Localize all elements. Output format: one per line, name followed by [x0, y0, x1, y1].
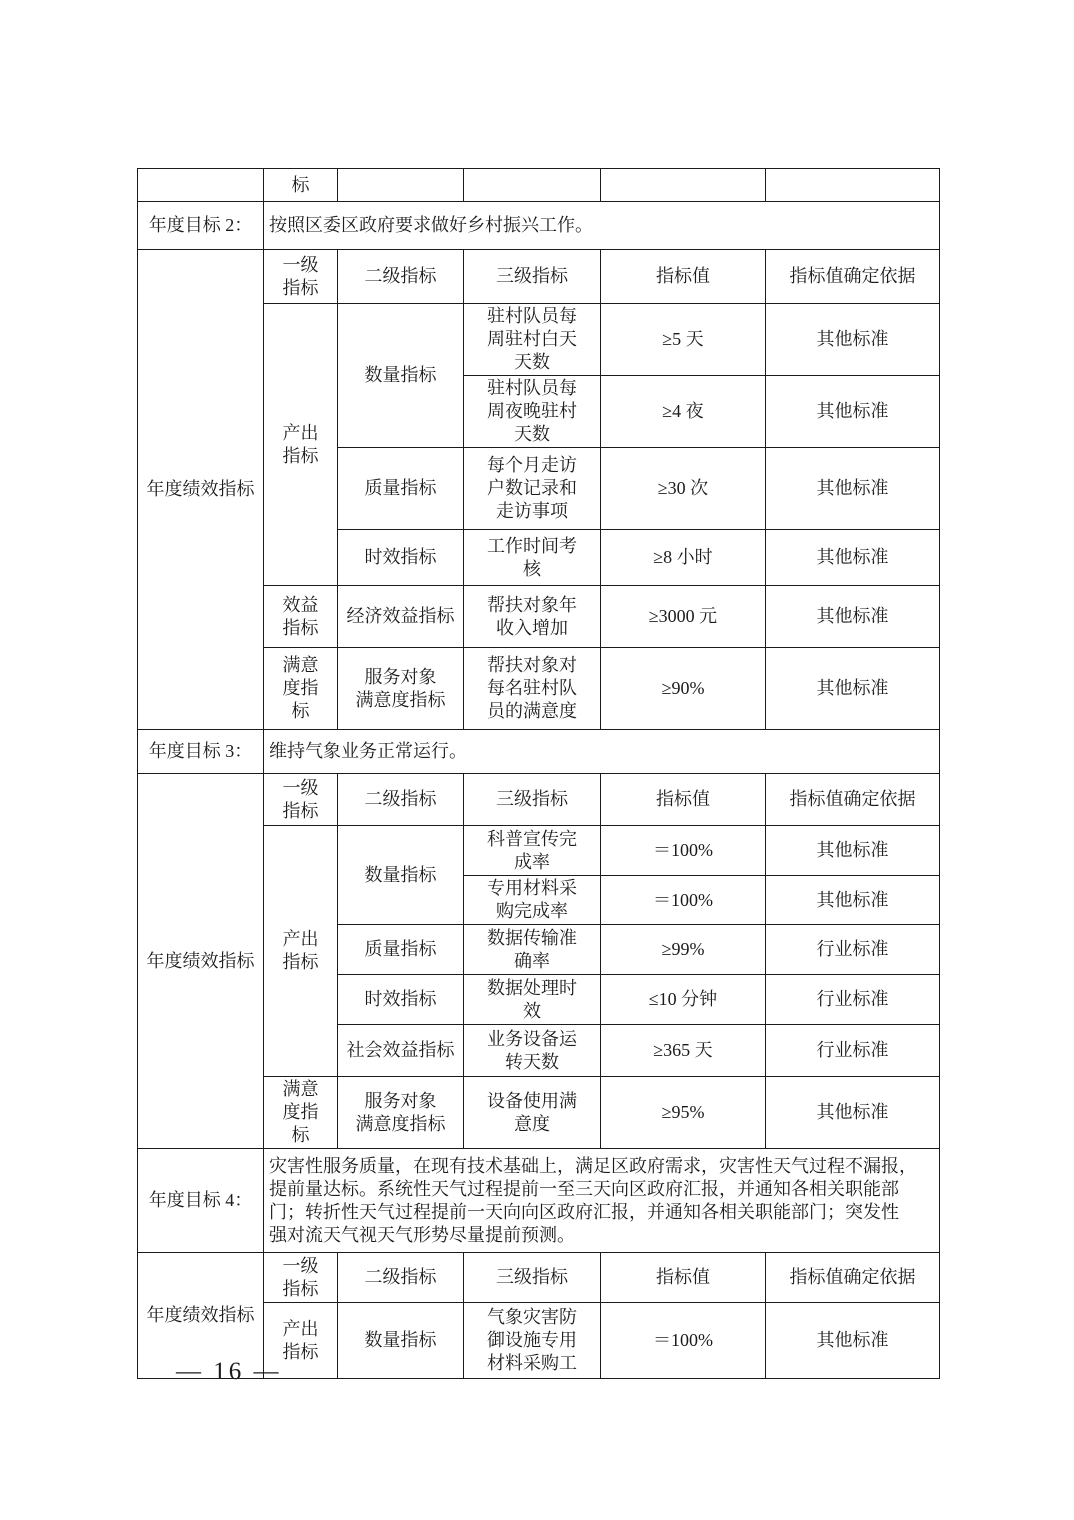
level2-cell: 服务对象 满意度指标: [338, 648, 464, 730]
level1-cell-satisfaction: 满意 度指 标: [264, 648, 338, 730]
level2-cell: 时效指标: [338, 530, 464, 586]
goal4-label: 年度目标 4：: [138, 1149, 264, 1253]
header-level1: 一级 指标: [264, 250, 338, 304]
empty-cell: [464, 169, 601, 202]
left-label-cell-s2: 年度绩效指标: [138, 250, 264, 730]
level3-cell: 科普宣传完 成率: [464, 826, 601, 876]
basis-cell: 其他标准: [766, 648, 940, 730]
level1-cell-output: 产出 指标: [264, 826, 338, 1077]
level3-cell: 每个月走访 户数记录和 走访事项: [464, 448, 601, 530]
level3-cell: 业务设备运 转天数: [464, 1025, 601, 1077]
value-cell: ≥99%: [601, 925, 766, 975]
level2-cell: 经济效益指标: [338, 586, 464, 648]
level2-cell: 数量指标: [338, 826, 464, 925]
value-cell: ≥95%: [601, 1077, 766, 1149]
table-row-goal3: 年度目标 3： 维持气象业务正常运行。: [138, 730, 940, 774]
basis-cell: 行业标准: [766, 925, 940, 975]
header-level1: 一级 指标: [264, 774, 338, 826]
goal3-label: 年度目标 3：: [138, 730, 264, 774]
basis-cell: 其他标准: [766, 1303, 940, 1379]
empty-cell: [601, 169, 766, 202]
table-row-header-s4: 年度绩效指标 一级 指标 二级指标 三级指标 指标值 指标值确定依据: [138, 1253, 940, 1303]
level1-cell-satisfaction: 满意 度指 标: [264, 1077, 338, 1149]
level3-cell: 驻村队员每 周驻村白天 天数: [464, 304, 601, 376]
value-cell: ≥90%: [601, 648, 766, 730]
header-level3: 三级指标: [464, 774, 601, 826]
basis-cell: 其他标准: [766, 826, 940, 876]
table-row-carryover: 标: [138, 169, 940, 202]
value-cell: ≥3000 元: [601, 586, 766, 648]
value-cell: ≥30 次: [601, 448, 766, 530]
level2-cell: 质量指标: [338, 448, 464, 530]
level3-cell: 工作时间考 核: [464, 530, 601, 586]
header-level2: 二级指标: [338, 250, 464, 304]
header-level2: 二级指标: [338, 1253, 464, 1303]
performance-indicator-table: 标 年度目标 2： 按照区委区政府要求做好乡村振兴工作。 年度绩效指标 一级 指…: [137, 168, 940, 1379]
basis-cell: 其他标准: [766, 448, 940, 530]
basis-cell: 其他标准: [766, 1077, 940, 1149]
goal4-text: 灾害性服务质量，在现有技术基础上，满足区政府需求，灾害性天气过程不漏报， 提前量…: [264, 1149, 940, 1253]
basis-cell: 其他标准: [766, 876, 940, 925]
level1-cell-output: 产出 指标: [264, 304, 338, 586]
header-basis: 指标值确定依据: [766, 1253, 940, 1303]
header-level3: 三级指标: [464, 1253, 601, 1303]
level2-cell: 服务对象 满意度指标: [338, 1077, 464, 1149]
document-page: 标 年度目标 2： 按照区委区政府要求做好乡村振兴工作。 年度绩效指标 一级 指…: [0, 0, 1074, 1520]
table-row-header-s2: 年度绩效指标 一级 指标 二级指标 三级指标 指标值 指标值确定依据: [138, 250, 940, 304]
value-cell: ≥8 小时: [601, 530, 766, 586]
level3-cell: 驻村队员每 周夜晚驻村 天数: [464, 376, 601, 448]
empty-cell: [338, 169, 464, 202]
header-value: 指标值: [601, 774, 766, 826]
left-label-cell-s3: 年度绩效指标: [138, 774, 264, 1149]
level1-cell-benefit: 效益 指标: [264, 586, 338, 648]
page-number: — 16 —: [176, 1358, 282, 1386]
level2-cell: 数量指标: [338, 1303, 464, 1379]
value-cell: ＝100%: [601, 826, 766, 876]
basis-cell: 其他标准: [766, 530, 940, 586]
level3-cell: 帮扶对象对 每名驻村队 员的满意度: [464, 648, 601, 730]
value-cell: ＝100%: [601, 1303, 766, 1379]
level3-cell: 设备使用满 意度: [464, 1077, 601, 1149]
level3-cell: 帮扶对象年 收入增加: [464, 586, 601, 648]
level2-cell: 时效指标: [338, 975, 464, 1025]
table-row-goal4: 年度目标 4： 灾害性服务质量，在现有技术基础上，满足区政府需求，灾害性天气过程…: [138, 1149, 940, 1253]
basis-cell: 行业标准: [766, 975, 940, 1025]
basis-cell: 行业标准: [766, 1025, 940, 1077]
header-value: 指标值: [601, 1253, 766, 1303]
basis-cell: 其他标准: [766, 304, 940, 376]
basis-cell: 其他标准: [766, 586, 940, 648]
level3-cell: 数据处理时 效: [464, 975, 601, 1025]
header-level2: 二级指标: [338, 774, 464, 826]
value-cell: ≥4 夜: [601, 376, 766, 448]
level3-cell: 气象灾害防 御设施专用 材料采购工: [464, 1303, 601, 1379]
empty-cell: [138, 169, 264, 202]
header-level3: 三级指标: [464, 250, 601, 304]
level3-cell: 专用材料采 购完成率: [464, 876, 601, 925]
value-cell: ≤10 分钟: [601, 975, 766, 1025]
goal2-label: 年度目标 2：: [138, 202, 264, 250]
goal3-text: 维持气象业务正常运行。: [264, 730, 940, 774]
value-cell: ＝100%: [601, 876, 766, 925]
level2-cell: 社会效益指标: [338, 1025, 464, 1077]
value-cell: ≥5 天: [601, 304, 766, 376]
header-level1: 一级 指标: [264, 1253, 338, 1303]
header-basis: 指标值确定依据: [766, 250, 940, 304]
header-basis: 指标值确定依据: [766, 774, 940, 826]
level2-cell: 数量指标: [338, 304, 464, 448]
table-row-header-s3: 年度绩效指标 一级 指标 二级指标 三级指标 指标值 指标值确定依据: [138, 774, 940, 826]
goal2-text: 按照区委区政府要求做好乡村振兴工作。: [264, 202, 940, 250]
level3-cell: 数据传输准 确率: [464, 925, 601, 975]
level2-cell: 质量指标: [338, 925, 464, 975]
header-value: 指标值: [601, 250, 766, 304]
basis-cell: 其他标准: [766, 376, 940, 448]
value-cell: ≥365 天: [601, 1025, 766, 1077]
carryover-level1-cell: 标: [264, 169, 338, 202]
table-row-goal2: 年度目标 2： 按照区委区政府要求做好乡村振兴工作。: [138, 202, 940, 250]
empty-cell: [766, 169, 940, 202]
